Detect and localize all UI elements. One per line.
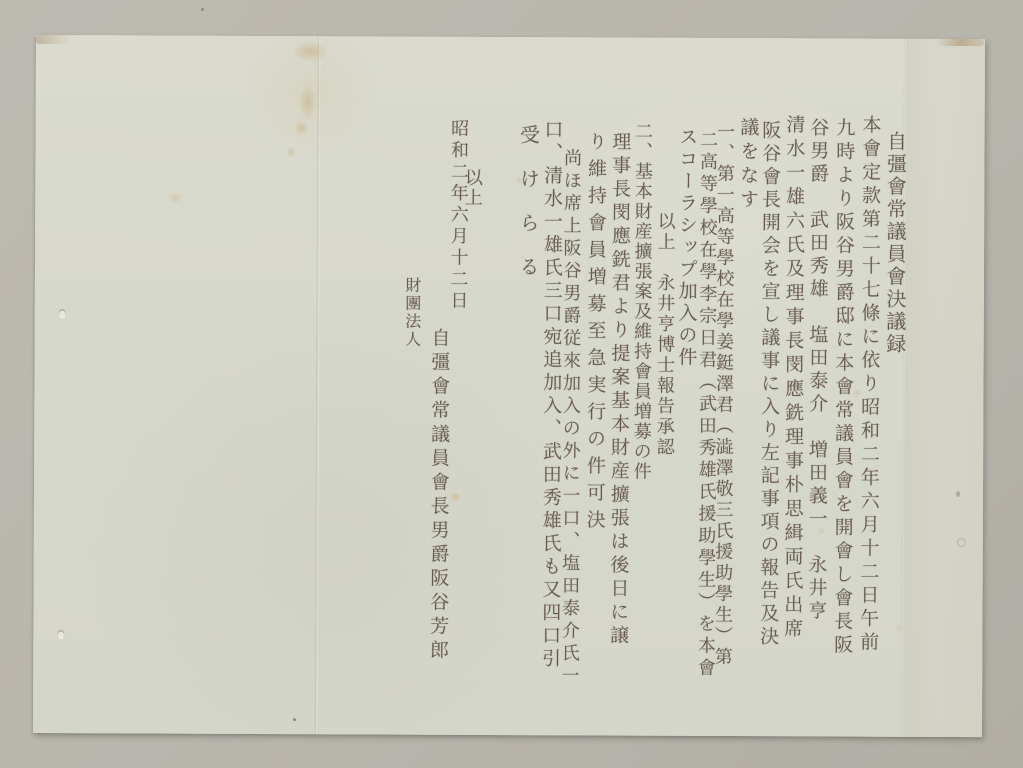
stain <box>285 146 296 158</box>
body-column-4-attendees: 清水一雄六氏及理事長閔應銑理事朴思緝両氏出席 <box>779 114 805 642</box>
scanned-document-photo: { "doc": { "title": "自彊會常議員會決議録", "colum… <box>0 0 1023 768</box>
document-paper: 自彊會常議員會決議録 本會定款第二十七條に依り昭和二年六月十二日午前 九時より阪… <box>33 35 985 737</box>
dust-speck <box>201 8 204 11</box>
stain-edge <box>936 39 984 46</box>
binding-hole <box>59 309 66 318</box>
stain-edge <box>36 35 70 44</box>
fold-crease-center <box>314 36 321 734</box>
item-1-report-column: 以上 永井亨博士報告承認 <box>652 212 676 458</box>
item-2-column-3: り維持會員増募至急実行の件可決 <box>582 131 608 536</box>
stain <box>299 84 317 120</box>
stain <box>294 120 310 136</box>
stain <box>894 624 904 633</box>
item-2-column-2: 理事長閔應銑君より提案基本財産擴張は後日に譲 <box>605 131 631 648</box>
body-column-3-attendees: 谷男爵 武田秀雄 塩田泰介 増田義一 永井亨 <box>803 117 829 623</box>
title-column: 自彊會常議員會決議録 <box>882 131 908 356</box>
paper-speck <box>956 491 960 497</box>
stain <box>291 40 329 62</box>
paper-mark-ring <box>957 538 966 547</box>
item-2-column-6: 受けらる <box>515 124 541 300</box>
fold-shading-right <box>903 39 985 737</box>
item-2-column-5: 口、清水一雄氏三口宛追加入、武田秀雄氏も又四口引 <box>537 119 563 671</box>
item-2-column-1: 二、基本財産擴張案及維持會員増募の件 <box>629 122 653 482</box>
body-column-1: 本會定款第二十七條に依り昭和二年六月十二日午前 <box>855 115 881 656</box>
issuer-org-type: 財團法人 <box>402 277 422 325</box>
stain <box>450 492 461 502</box>
binding-hole <box>57 630 64 639</box>
date-column: 昭和二年六月十二日 <box>446 119 469 313</box>
issuer-signature: 自彊會常議員會長男爵阪谷芳郎 <box>425 328 450 664</box>
paper-speck <box>293 718 296 721</box>
body-column-6: 議をなす <box>735 117 759 213</box>
stain <box>167 192 183 204</box>
item-1-column-3: スコーラシップ加入の件 <box>674 127 699 369</box>
body-column-2: 九時より阪谷男爵邸に本會常議員會を開會し會長阪 <box>829 117 855 658</box>
